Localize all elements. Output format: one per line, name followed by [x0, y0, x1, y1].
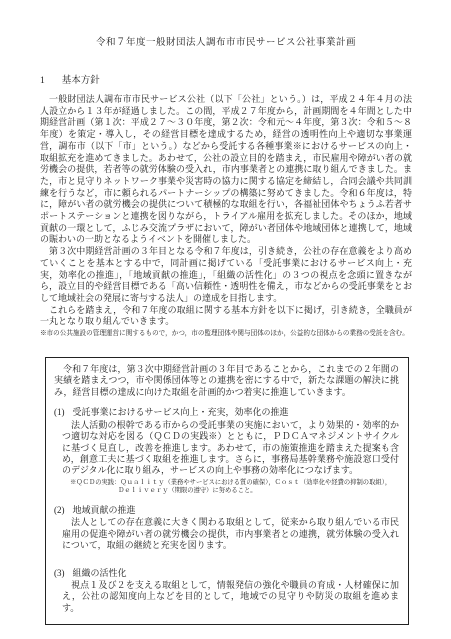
basic-policy-paragraph-3: これらを踏まえ，令和７年度の取組に関する基本方針を以下に掲げ，引き続き，全職員が… [40, 305, 412, 328]
policy-item-2: (2)地域貢献の推進 法人としての存在意義に大きく関わる取組として，従来から取り… [54, 505, 399, 552]
policy-item-2-heading: (2)地域貢献の推進 [54, 505, 399, 516]
qcd-footnote-line-2: Ｄｅｌｉｖｅｒｙ（期限の遵守）に努めること。 [70, 487, 399, 496]
policy-item-2-number: (2) [54, 505, 65, 516]
policy-item-2-title: 地域貢献の推進 [73, 505, 136, 515]
document-page: 令和７年度一般財団法人調布市市民サービス公社事業計画 1基本方針 一般財団法人調… [0, 0, 451, 639]
policy-item-3-number: (3) [54, 568, 65, 579]
basic-policy-paragraph-1: 一般財団法人調布市市民サービス公社（以下「公社」という。）は，平成２４年４月の法… [40, 94, 412, 246]
fiscal-year-policy-box: 令和７年度は，第３次中期経営計画の３年目であることから，これまでの２年間の実績を… [45, 357, 409, 625]
qcd-footnote: ※ＱＣＤの実践：Ｑｕａｌｉｔｙ（業務やサービスにおける質の確保），Ｃｏｓｔ（効率… [70, 479, 399, 496]
policy-item-2-body: 法人としての存在意義に大きく関わる取組として，従来から取り組んでいる市民雇用の促… [62, 517, 399, 551]
policy-item-1-heading: (1)受託事業におけるサービス向上・充実，効率化の推進 [54, 407, 399, 418]
basic-policy-footnote: ※市の公共施設の管理運営に関するもので，かつ，市の監理団体や関与団体のほか，公益… [40, 329, 412, 338]
policy-item-3: (3)組織の活性化 視点１及び２を支える取組として，情報発信の強化や職員の育成・… [54, 568, 399, 615]
section-heading-basic-policy: 1基本方針 [40, 72, 412, 86]
document-title: 令和７年度一般財団法人調布市市民サービス公社事業計画 [40, 34, 412, 48]
policy-item-1-body: 法人活動の根幹である市からの受託事業の実施において，より効果的・効率的かつ適切な… [62, 420, 399, 477]
section-number: 1 [40, 76, 45, 86]
policy-item-1-title: 受託事業におけるサービス向上・充実，効率化の推進 [73, 407, 289, 417]
policy-item-1-number: (1) [54, 407, 65, 418]
policy-item-1: (1)受託事業におけるサービス向上・充実，効率化の推進 法人活動の根幹である市か… [54, 407, 399, 496]
policy-item-3-title: 組織の活性化 [73, 568, 127, 578]
policy-item-3-body: 視点１及び２を支える取組として，情報発信の強化や職員の育成・人材確保に加え，公社… [62, 580, 399, 614]
policy-item-3-heading: (3)組織の活性化 [54, 568, 399, 579]
basic-policy-paragraph-2: 第３次中期経営計画の３年目となる令和７年度は，引き続き，公社の存在意義をより高め… [40, 246, 412, 305]
section-heading-label: 基本方針 [62, 76, 100, 86]
policy-box-intro: 令和７年度は，第３次中期経営計画の３年目であることから，これまでの２年間の実績を… [54, 364, 399, 398]
